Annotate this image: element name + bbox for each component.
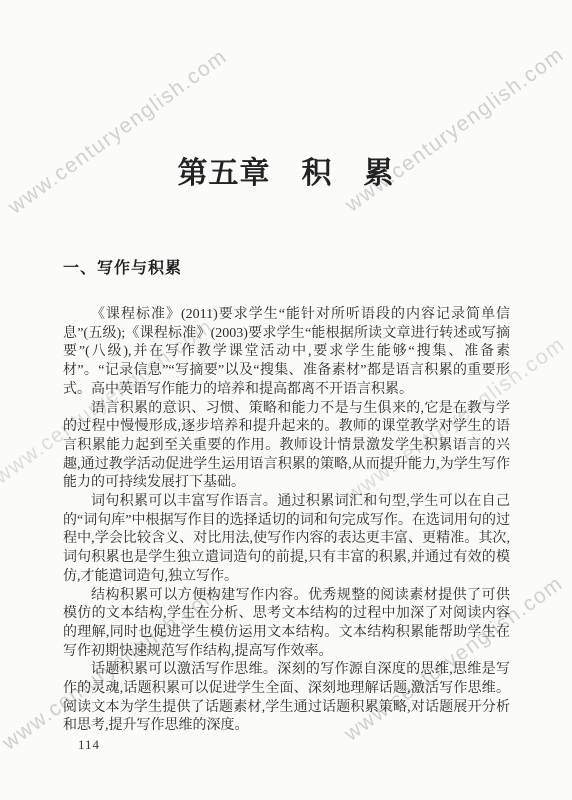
paragraph-1: 《课程标准》(2011)要求学生“能针对所听语段的内容记录简单信息”(五级);《… — [63, 306, 510, 400]
paragraph-2: 语言积累的意识、习惯、策略和能力不是与生俱来的,它是在教与学的过程中慢慢形成,逐… — [63, 400, 510, 494]
paragraph-5: 话题积累可以激活写作思维。深刻的写作源自深度的思维,思维是写作的灵魂,话题积累可… — [63, 661, 510, 736]
page-content: 第五章 积 累 一、写作与积累 《课程标准》(2011)要求学生“能针对所听语段… — [0, 0, 572, 800]
paragraph-4: 结构积累可以方便构建写作内容。优秀规整的阅读素材提供了可供模仿的文本结构,学生在… — [63, 587, 510, 662]
chapter-title: 第五章 积 累 — [0, 148, 572, 192]
body-text: 《课程标准》(2011)要求学生“能针对所听语段的内容记录简单信息”(五级);《… — [63, 306, 510, 736]
book-page: www.centuryenglish.com www.centuryenglis… — [0, 0, 572, 800]
paragraph-3: 词句积累可以丰富写作语言。通过积累词汇和句型,学生可以在自己的“词句库”中根据写… — [63, 493, 510, 587]
page-number: 114 — [78, 737, 100, 753]
section-heading: 一、写作与积累 — [63, 255, 182, 278]
